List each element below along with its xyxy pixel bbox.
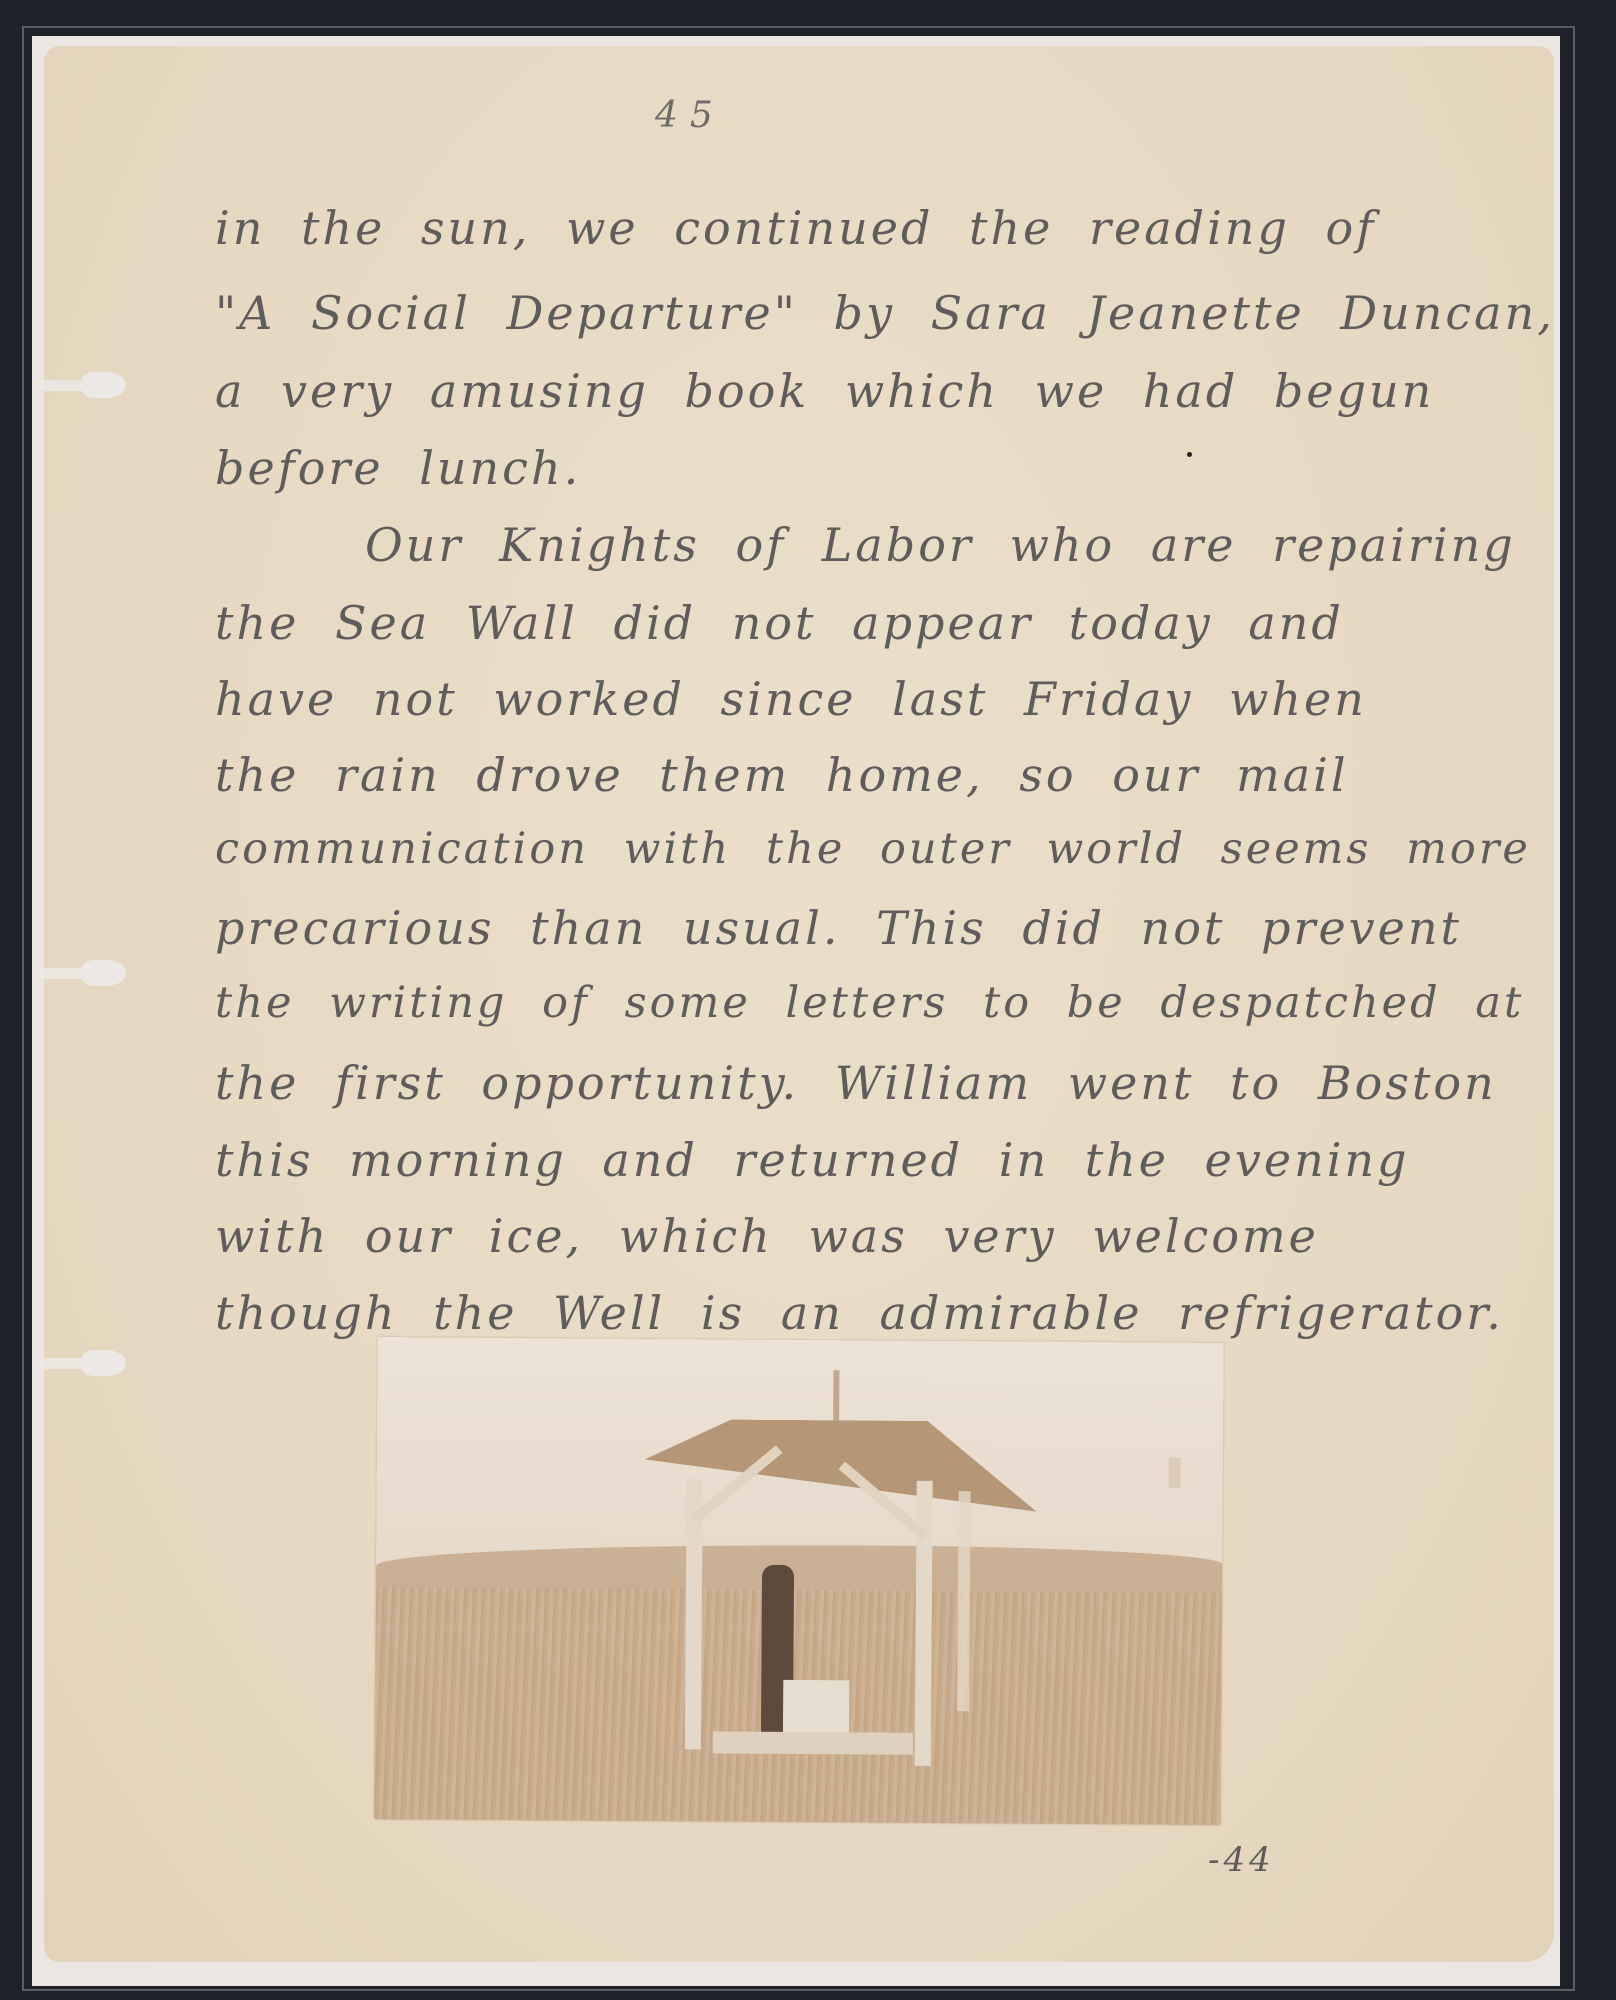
manuscript-line: though the Well is an admirable refriger… <box>215 1290 1395 1336</box>
manuscript-line: a very amusing book which we had begun <box>215 368 1395 414</box>
manuscript-line: with our ice, which was very welcome <box>215 1213 1395 1259</box>
binder-hole-2 <box>80 960 126 986</box>
manuscript-line: in the sun, we continued the reading of <box>215 205 1395 251</box>
mounted-photograph <box>374 1337 1223 1825</box>
manuscript-line: this morning and returned in the evening <box>215 1137 1395 1183</box>
ink-speck <box>1187 452 1192 457</box>
manuscript-line: communication with the outer world seems… <box>215 828 1395 871</box>
binder-hole-1 <box>80 372 126 398</box>
page-number-bottom: -44 <box>1208 1840 1275 1880</box>
manuscript-line: have not worked since last Friday when <box>215 676 1395 722</box>
manuscript-line: before lunch. <box>215 445 1395 491</box>
manuscript-line: the Sea Wall did not appear today and <box>215 600 1395 646</box>
distant-tower <box>1169 1458 1181 1488</box>
page-number-top: 45 <box>655 95 725 136</box>
well-post-back <box>957 1491 971 1711</box>
well-platform <box>713 1731 913 1754</box>
roof-spire <box>833 1370 839 1426</box>
manuscript-line: precarious than usual. This did not prev… <box>215 905 1395 951</box>
manuscript-line: the first opportunity. William went to B… <box>215 1060 1395 1106</box>
manuscript-line: "A Social Departure" by Sara Jeanette Du… <box>215 290 1395 336</box>
manuscript-line: Our Knights of Labor who are repairing <box>365 522 1545 568</box>
binder-hole-3 <box>80 1350 126 1376</box>
manuscript-line: the writing of some letters to be despat… <box>215 982 1395 1025</box>
well-box <box>783 1680 849 1738</box>
manuscript-line: the rain drove them home, so our mail <box>215 752 1395 798</box>
